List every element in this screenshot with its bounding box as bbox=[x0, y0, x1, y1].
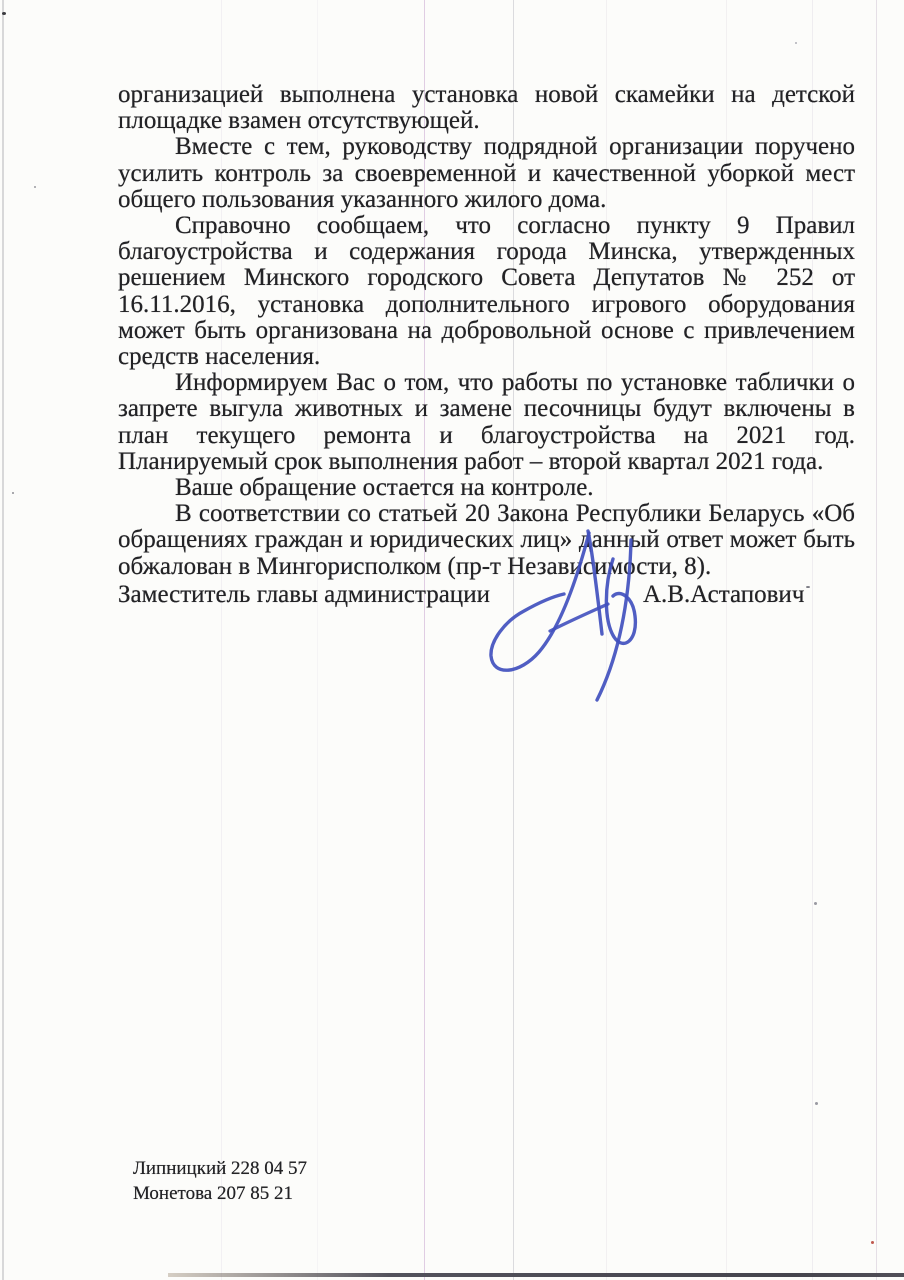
paragraph: Справочно сообщаем, что согласно пункту … bbox=[118, 213, 855, 370]
footer-contacts: Липницкий 228 04 57 Монетова 207 85 21 bbox=[133, 1156, 307, 1206]
signature-row: Заместитель главы администрации А.В.Аста… bbox=[118, 582, 855, 616]
signatory-name: А.В.Астапович bbox=[643, 582, 804, 608]
scan-speck bbox=[2, 12, 6, 15]
scan-speck bbox=[795, 42, 797, 44]
scan-speck bbox=[814, 902, 817, 905]
paragraph: В соответствии со статьей 20 Закона Респ… bbox=[118, 501, 855, 580]
paragraph: Информируем Вас о том, что работы по уст… bbox=[118, 370, 855, 475]
signatory-role: Заместитель главы администрации bbox=[118, 581, 490, 608]
contact-line: Липницкий 228 04 57 bbox=[133, 1156, 307, 1181]
scanned-letter-page: организацией выполнена установка новой с… bbox=[0, 0, 904, 1280]
scan-streak bbox=[2, 0, 4, 1280]
paragraph: Вместе с тем, руководству подрядной орга… bbox=[118, 134, 855, 213]
scan-speck bbox=[12, 492, 14, 494]
scan-streak bbox=[876, 0, 877, 1280]
letter-body: организацией выполнена установка новой с… bbox=[118, 82, 855, 580]
scan-speck bbox=[815, 1102, 818, 1105]
scan-speck bbox=[871, 1241, 874, 1244]
contact-line: Монетова 207 85 21 bbox=[133, 1181, 307, 1206]
scan-speck bbox=[34, 186, 36, 188]
paragraph-continuation: организацией выполнена установка новой с… bbox=[118, 82, 855, 134]
paragraph: Ваше обращение остается на контроле. bbox=[118, 475, 855, 501]
scan-bottom-edge bbox=[168, 1273, 904, 1277]
